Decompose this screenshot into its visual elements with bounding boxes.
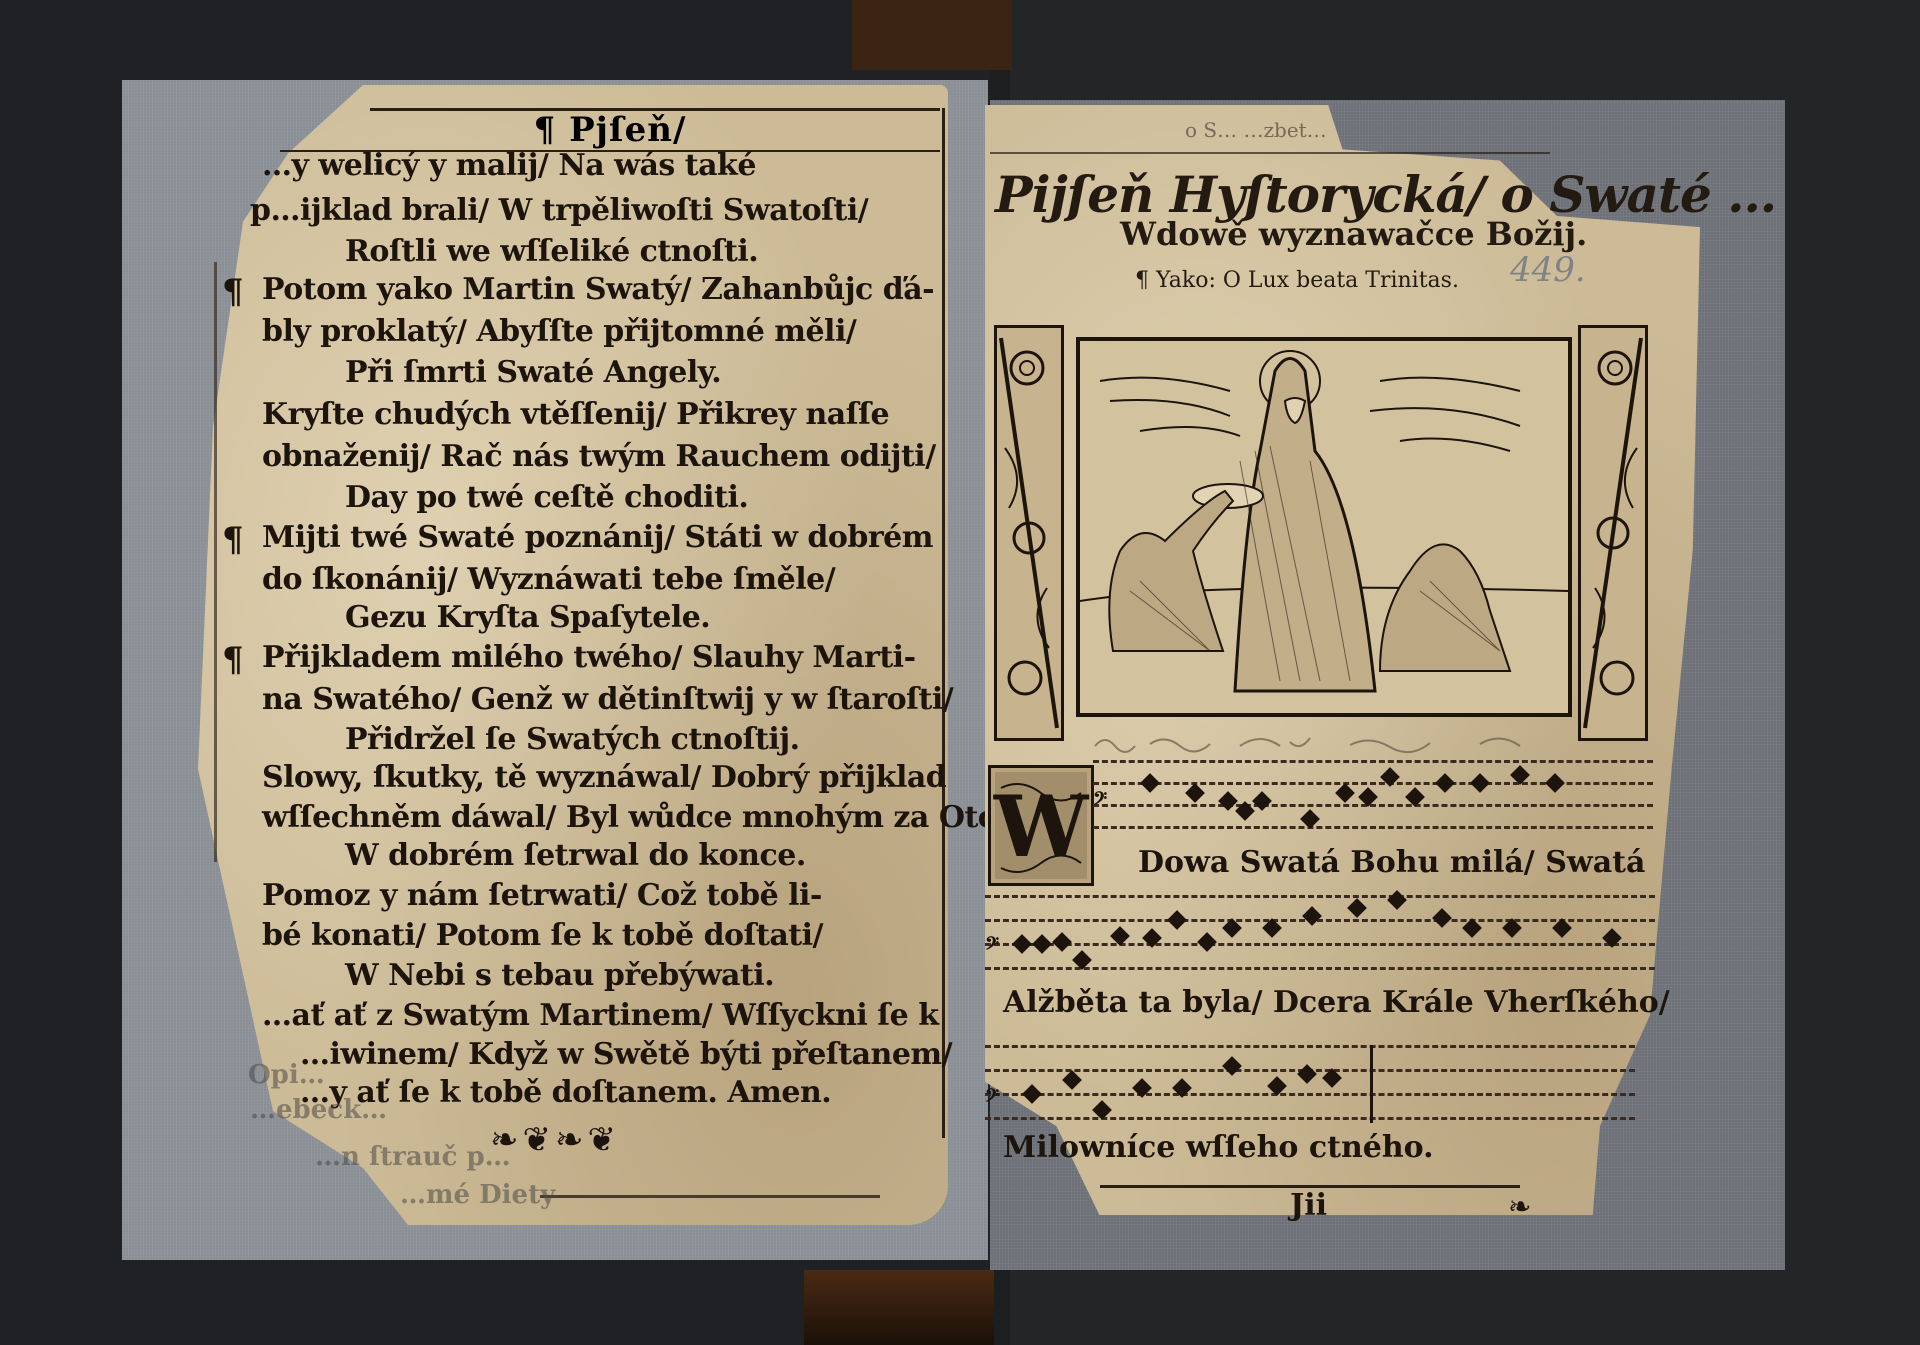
lyric-line: Dowa Swatá Bohu milá/ Swatá xyxy=(1138,845,1645,880)
verse-line: wſſechněm dáwal/ Byl wůdce mnohým za Otc… xyxy=(262,800,1025,835)
f-clef-icon: 𝄢 xyxy=(985,1085,999,1111)
note xyxy=(1302,906,1322,926)
lyric-line: Milowníce wſſeho ctného. xyxy=(1003,1130,1434,1165)
note xyxy=(1335,783,1355,803)
note xyxy=(1022,1084,1042,1104)
left-page-frame-rule-right xyxy=(942,108,945,1138)
note xyxy=(1432,908,1452,928)
note xyxy=(1218,791,1238,811)
bar-line xyxy=(1370,1045,1373,1123)
verse-line: …y welicý y malij/ Na wás také xyxy=(262,148,756,183)
note xyxy=(1032,934,1052,954)
pencil-shelfmark: 449. xyxy=(1510,250,1586,290)
verse-line: bé konati/ Potom ſe k tobě doſtati/ xyxy=(262,918,823,953)
pilcrow-icon: ¶ xyxy=(222,272,244,312)
bleed-through-text: …n ſtrauč p… xyxy=(315,1142,511,1172)
woodcut-border-left xyxy=(994,325,1064,741)
hymn-subtitle: Wdowě wyznawačce Božij. xyxy=(1120,215,1587,253)
note xyxy=(1252,791,1272,811)
catchmark-ornament-icon: ❧ xyxy=(1508,1190,1531,1223)
verse-line: Mijti twé Swaté poznánij/ Státi w dobrém xyxy=(262,520,933,555)
verse-line: W Nebi s tebau přebýwati. xyxy=(345,958,774,993)
scroll-ornament-icon xyxy=(997,328,1061,738)
bleed-through-text: …mé Diety xyxy=(400,1180,555,1210)
woodcut-border-right xyxy=(1578,325,1648,741)
book-spread-photo: ¶ Pjſeň/ ¶ ¶ ¶ …y welicý y malij/ Na wás… xyxy=(0,0,1920,1345)
note xyxy=(1062,1070,1082,1090)
verse-line: W dobrém ſetrwal do konce. xyxy=(345,838,806,873)
verse-line: Day po twé ceſtě choditi. xyxy=(345,480,748,515)
spine-leather-bottom xyxy=(804,1270,994,1345)
verse-line: Roſtli we wſſeliké ctnoſti. xyxy=(345,234,758,269)
right-page-top-rule xyxy=(990,152,1550,154)
verse-line: obnaženij/ Rač nás twým Rauchem odijti/ xyxy=(262,439,936,474)
note xyxy=(1435,773,1455,793)
note xyxy=(1222,1056,1242,1076)
bleed-through-text: …ebeck… xyxy=(250,1095,387,1125)
note xyxy=(1167,910,1187,930)
initial-letter-icon: W xyxy=(991,768,1091,883)
verse-line: Potom yako Martin Swatý/ Zahanbůjc ďá- xyxy=(262,272,934,307)
note xyxy=(1012,934,1032,954)
verse-line: Při ſmrti Swaté Angely. xyxy=(345,355,721,390)
left-page-frame-rule-left xyxy=(214,262,217,862)
signature-mark: Jii xyxy=(1290,1188,1327,1223)
music-staff-2: 𝄢 xyxy=(985,895,1655,985)
note xyxy=(1545,773,1565,793)
note xyxy=(1052,932,1072,952)
note xyxy=(1140,773,1160,793)
svg-text:W: W xyxy=(993,777,1090,876)
music-staff-1: 𝄢 xyxy=(1093,760,1653,840)
verse-line: …iwinem/ Když w Swětě býti přeſtanem/ xyxy=(300,1037,952,1072)
left-page-bottom-rule xyxy=(540,1195,880,1198)
verse-line: Přijkladem milého twého/ Slauhy Marti- xyxy=(262,640,916,675)
woodcut-illustration xyxy=(1076,337,1572,717)
handwritten-annotation xyxy=(1090,730,1570,754)
spine-leather-top xyxy=(852,0,1012,70)
pilcrow-icon: ¶ xyxy=(222,520,244,560)
verse-line: do ſkonánij/ Wyznáwati tebe ſměle/ xyxy=(262,562,835,597)
verse-line: …ať ať z Swatým Martinem/ Wſſyckni ſe k xyxy=(262,998,938,1033)
note xyxy=(1470,773,1490,793)
note xyxy=(1347,898,1367,918)
left-page-running-head: ¶ Pjſeň/ xyxy=(500,110,720,150)
verse-line: bly proklatý/ Abyſſte přijtomné měli/ xyxy=(262,314,856,349)
note xyxy=(1297,1064,1317,1084)
verse-line: Pomoz y nám ſetrwati/ Což tobě li- xyxy=(262,878,822,913)
saint-giving-alms-illustration xyxy=(1080,341,1568,713)
right-page-running-head: o S… …zbet… xyxy=(1185,118,1327,142)
f-clef-icon: 𝄢 xyxy=(985,933,999,959)
f-clef-icon: 𝄢 xyxy=(1093,788,1107,814)
music-staff-3: 𝄢 xyxy=(985,1045,1635,1135)
bleed-through-text: Opi… xyxy=(248,1060,325,1090)
verse-line: Slowy, ſkutky, tě wyznáwal/ Dobrý přijkl… xyxy=(262,760,946,795)
verse-line: Gezu Kryſta Spaſytele. xyxy=(345,600,710,635)
scroll-ornament-icon xyxy=(1581,328,1645,738)
pilcrow-icon: ¶ xyxy=(222,640,244,680)
note xyxy=(1185,783,1205,803)
tune-indication: ¶ Yako: O Lux beata Trinitas. xyxy=(1135,268,1459,293)
verse-line: p…ijklad brali/ W trpěliwoſti Swatoſti/ xyxy=(250,193,868,228)
verse-line: Kryſte chudých vtěſſenij/ Přikrey naſſe xyxy=(262,397,889,432)
note xyxy=(1197,932,1217,952)
verse-line: Přidržel ſe Swatých ctnoſtij. xyxy=(345,722,800,757)
verse-line: na Swatého/ Genž w dětinſtwij y w ſtaroſ… xyxy=(262,682,953,717)
decorated-initial: W xyxy=(988,765,1094,886)
lyric-line: Alžběta ta byla/ Dcera Krále Vherſkého/ xyxy=(1003,985,1670,1020)
